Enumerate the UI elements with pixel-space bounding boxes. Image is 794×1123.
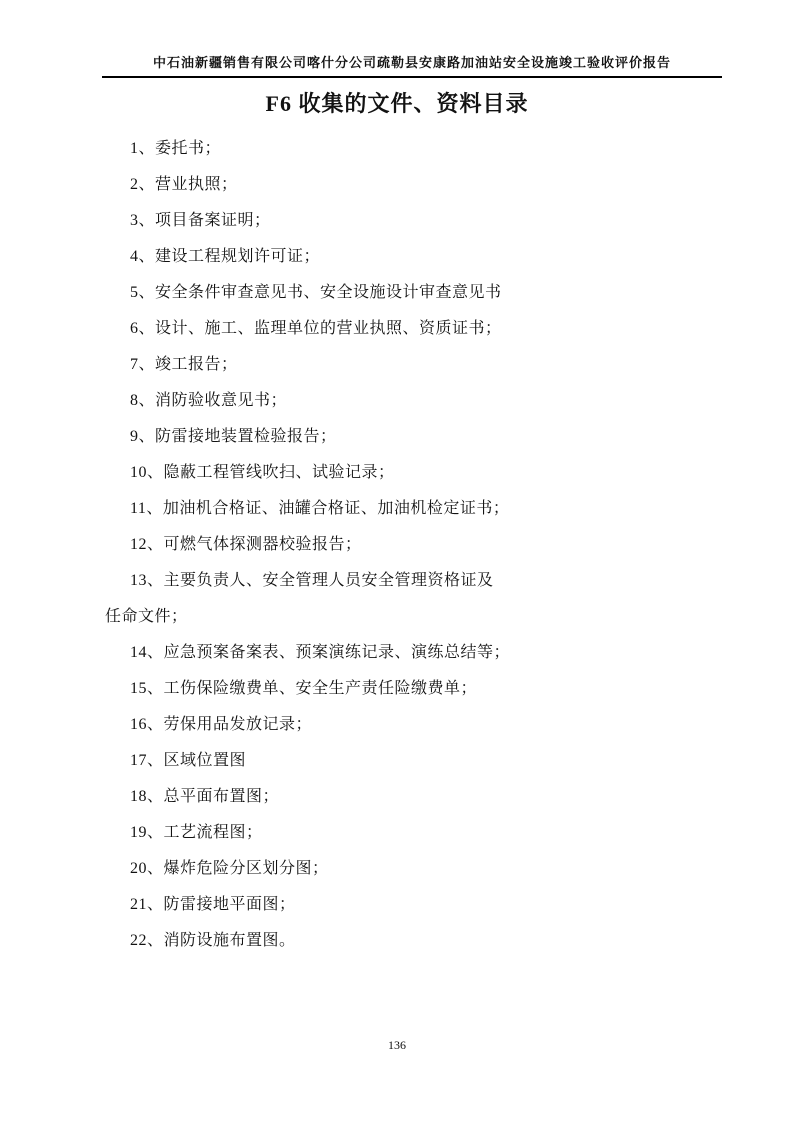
page-footer: 136 [0, 1038, 794, 1053]
list-item: 7、竣工报告； [105, 347, 707, 383]
list-item: 11、加油机合格证、油罐合格证、加油机检定证书； [105, 491, 707, 527]
page-title: F6 收集的文件、资料目录 [0, 87, 794, 118]
list-item: 9、防雷接地装置检验报告； [105, 419, 707, 455]
header-text: 中石油新疆销售有限公司喀什分公司疏勒县安康路加油站安全设施竣工验收评价报告 [153, 55, 671, 70]
list-item: 8、消防验收意见书； [105, 383, 707, 419]
list-item: 22、消防设施布置图。 [105, 923, 707, 959]
list-item: 3、项目备案证明； [105, 203, 707, 239]
list-item: 2、营业执照； [105, 167, 707, 203]
list-item: 18、总平面布置图； [105, 779, 707, 815]
list-item: 14、应急预案备案表、预案演练记录、演练总结等； [105, 635, 707, 671]
page-number: 136 [388, 1038, 406, 1052]
list-item: 5、安全条件审查意见书、安全设施设计审查意见书 [105, 275, 707, 311]
list-item: 10、隐蔽工程管线吹扫、试验记录； [105, 455, 707, 491]
document-list: 1、委托书；2、营业执照；3、项目备案证明；4、建设工程规划许可证；5、安全条件… [105, 131, 707, 959]
list-item: 19、工艺流程图； [105, 815, 707, 851]
list-item: 13、主要负责人、安全管理人员安全管理资格证及 任命文件； [105, 563, 707, 635]
list-item: 20、爆炸危险分区划分图； [105, 851, 707, 887]
list-item: 16、劳保用品发放记录； [105, 707, 707, 743]
list-item: 4、建设工程规划许可证； [105, 239, 707, 275]
document-page: 中石油新疆销售有限公司喀什分公司疏勒县安康路加油站安全设施竣工验收评价报告 F6… [0, 0, 794, 1123]
list-item: 15、工伤保险缴费单、安全生产责任险缴费单； [105, 671, 707, 707]
list-item: 6、设计、施工、监理单位的营业执照、资质证书； [105, 311, 707, 347]
list-item: 17、区域位置图 [105, 743, 707, 779]
list-item: 1、委托书； [105, 131, 707, 167]
list-item: 12、可燃气体探测器校验报告； [105, 527, 707, 563]
page-header: 中石油新疆销售有限公司喀什分公司疏勒县安康路加油站安全设施竣工验收评价报告 [102, 52, 722, 78]
list-item: 21、防雷接地平面图； [105, 887, 707, 923]
